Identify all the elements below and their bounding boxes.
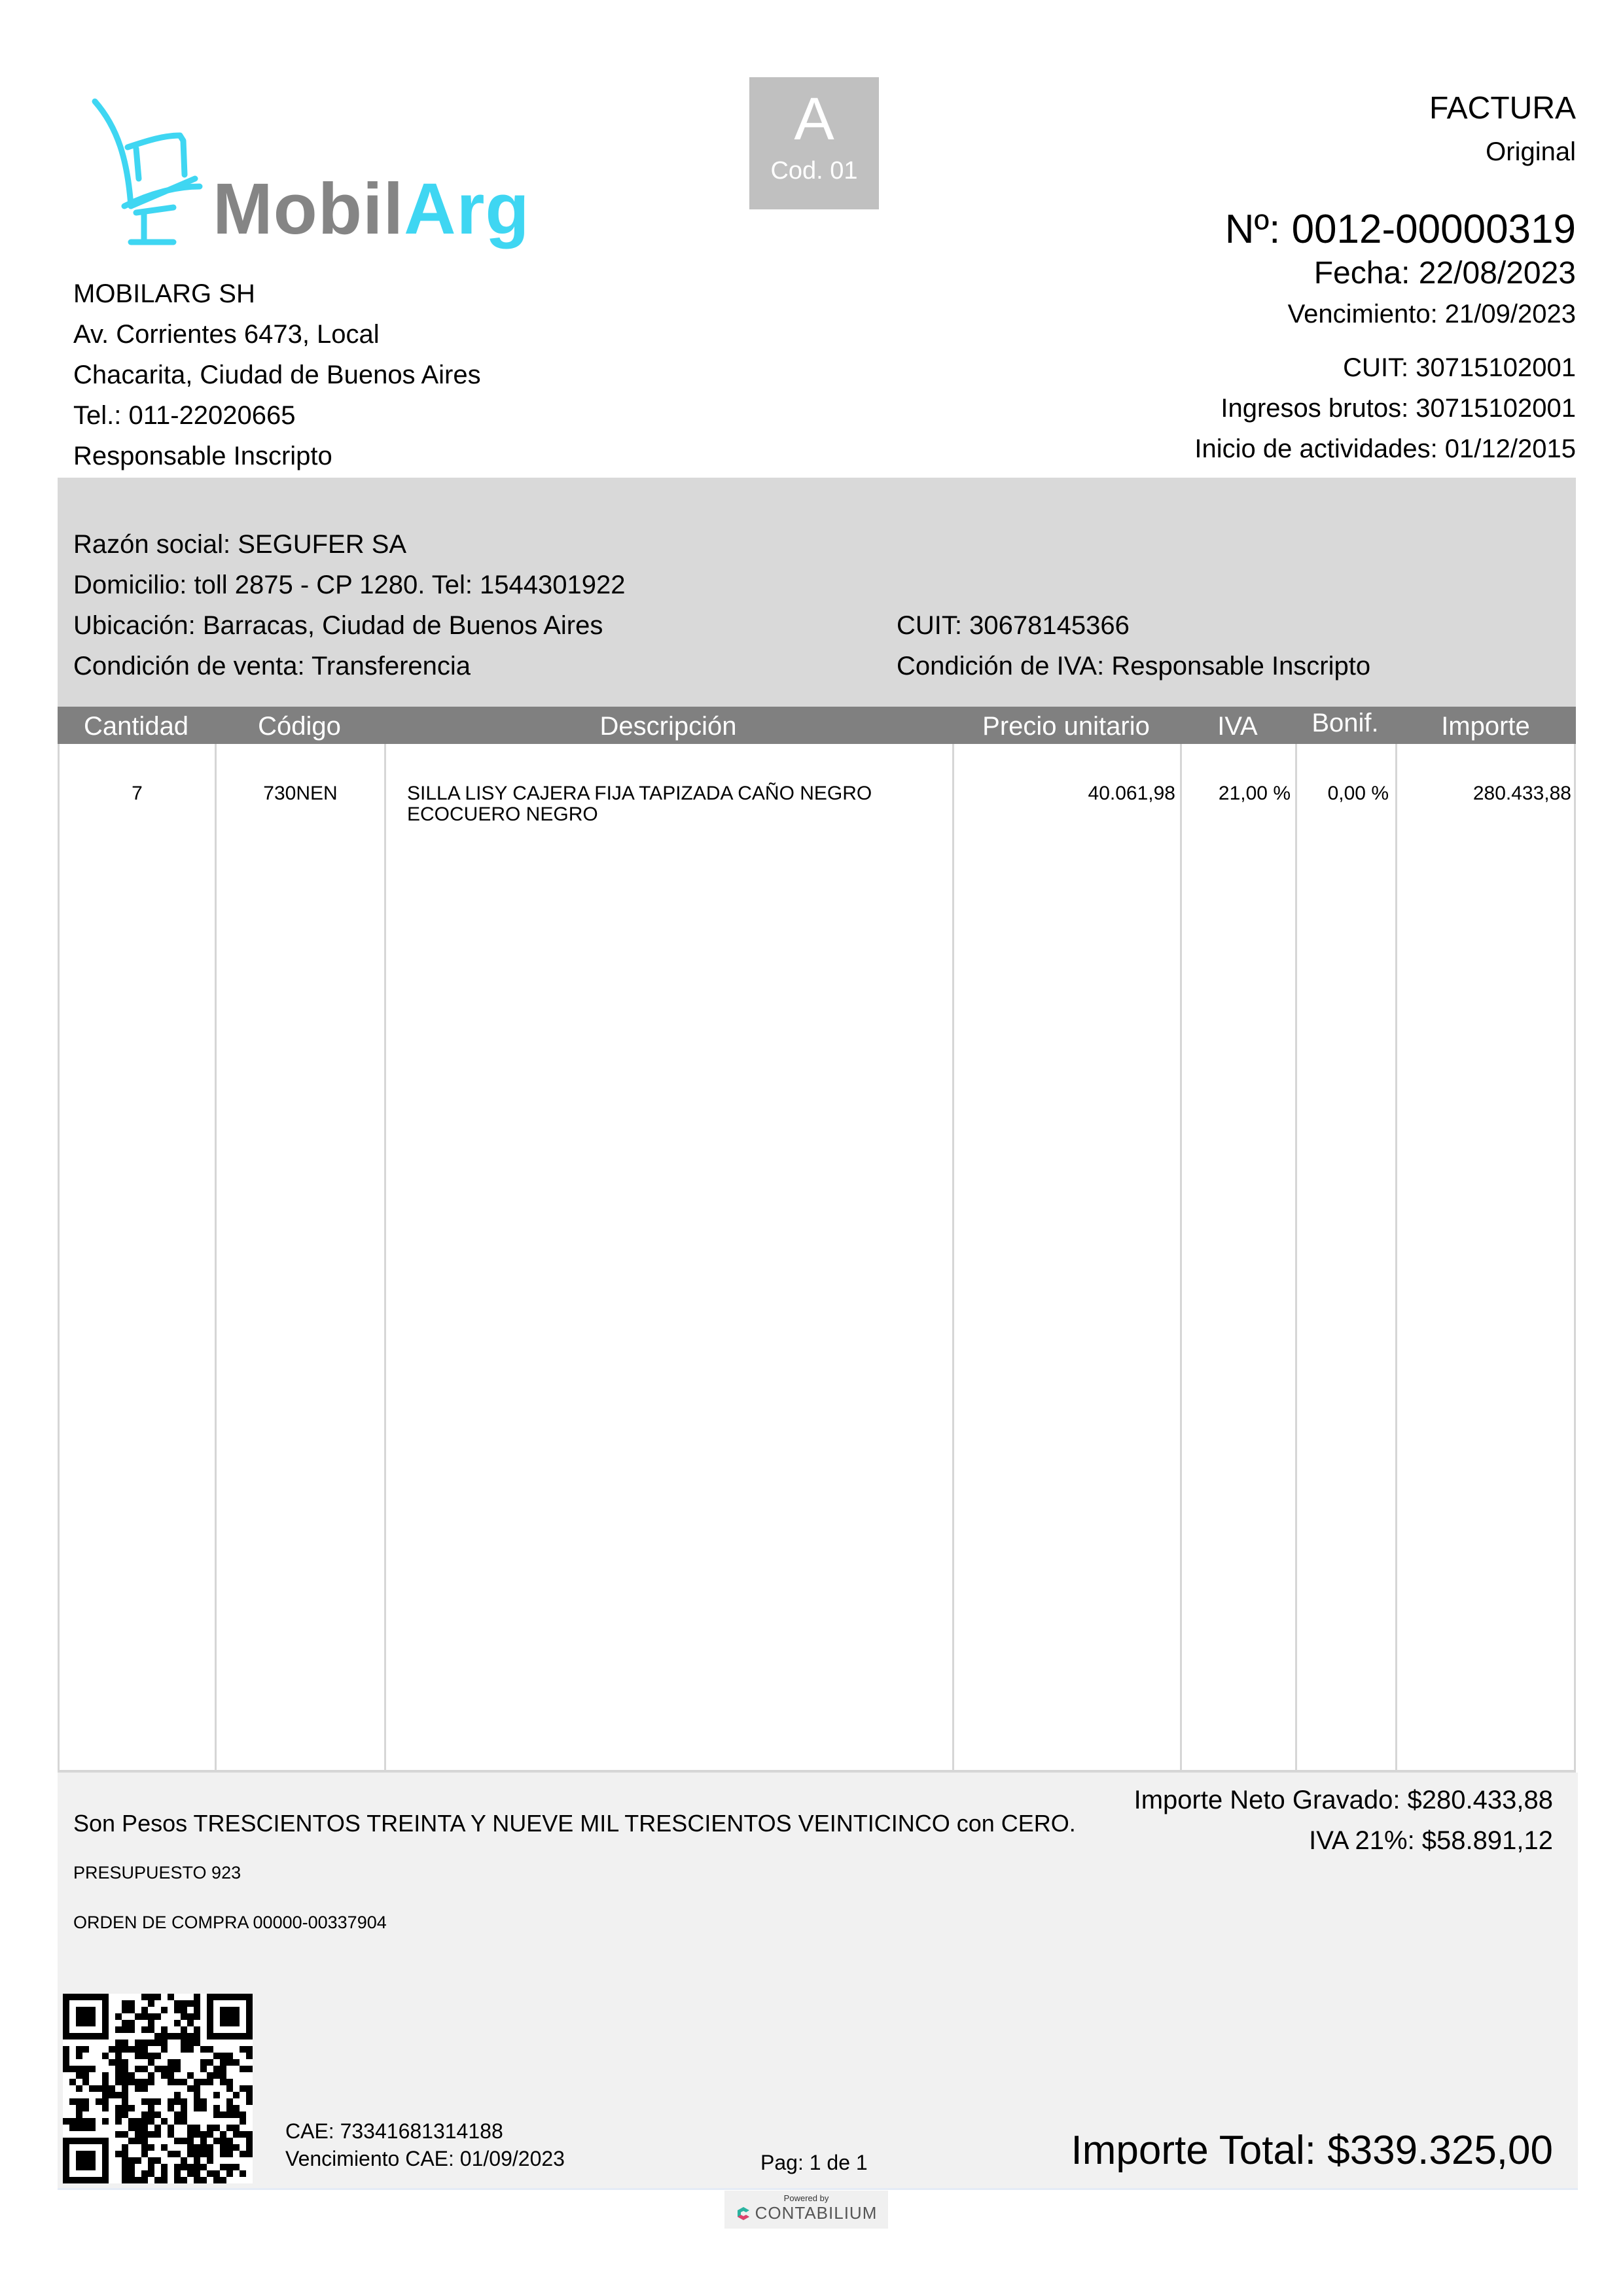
cell-bonif: 0,00 %: [1297, 783, 1389, 804]
column-divider: [952, 744, 954, 1770]
company-logo: MobilArg: [92, 95, 576, 245]
gross-income: Ingresos brutos: 30715102001: [1221, 394, 1576, 423]
document-copy: Original: [1486, 137, 1576, 167]
invoice-type-box: A Cod. 01: [749, 77, 879, 209]
invoice-code: Cod. 01: [749, 158, 879, 183]
amount-in-words: Son Pesos TRESCIENTOS TREINTA Y NUEVE MI…: [73, 1812, 1094, 1835]
column-divider: [1295, 744, 1297, 1770]
column-header-descripcion: Descripción: [384, 707, 952, 744]
issuer-phone: Tel.: 011-22020665: [73, 395, 481, 436]
invoice-letter: A: [749, 89, 879, 149]
client-iva-condition: Condición de IVA: Responsable Inscripto: [897, 652, 1370, 681]
column-header-precio: Precio unitario: [952, 707, 1180, 744]
page-number: Pag: 1 de 1: [760, 2151, 868, 2175]
cell-iva: 21,00 %: [1182, 783, 1291, 804]
contabilium-logo-icon: [736, 2206, 751, 2221]
cell-codigo: 730NEN: [217, 783, 384, 804]
client-location: Ubicación: Barracas, Ciudad de Buenos Ai…: [73, 611, 603, 641]
powered-by-brand: CONTABILIUM: [736, 2203, 878, 2223]
invoice-date: Fecha: 22/08/2023: [1314, 255, 1576, 291]
issuer-address: Av. Corrientes 6473, Local: [73, 314, 481, 355]
purchase-order: ORDEN DE COMPRA 00000-00337904: [73, 1913, 387, 1933]
issuer-tax-condition: Responsable Inscripto: [73, 436, 481, 476]
cae-due-date: Vencimiento CAE: 01/09/2023: [285, 2147, 565, 2171]
qr-code-icon: [63, 1994, 253, 2183]
column-divider: [1180, 744, 1182, 1770]
column-header-importe: Importe: [1395, 707, 1576, 744]
column-header-iva: IVA: [1180, 707, 1295, 744]
description-line: SILLA LISY CAJERA FIJA TAPIZADA CAÑO NEG…: [407, 783, 950, 804]
column-header-codigo: Código: [215, 707, 384, 744]
column-divider: [215, 744, 217, 1770]
document-type: FACTURA: [1429, 90, 1576, 126]
invoice-number: Nº: 0012-00000319: [1225, 206, 1576, 253]
issuer-name: MOBILARG SH: [73, 274, 481, 314]
client-business-name: Razón social: SEGUFER SA: [73, 530, 406, 559]
column-divider: [384, 744, 386, 1770]
issuer-cuit: CUIT: 30715102001: [1343, 353, 1576, 383]
column-header-bonif: Bonif.: [1295, 707, 1395, 744]
due-date: Vencimiento: 21/09/2023: [1288, 300, 1576, 329]
description-line: ECOCUERO NEGRO: [407, 804, 950, 825]
issuer-info: MOBILARG SH Av. Corrientes 6473, Local C…: [73, 274, 481, 476]
client-panel: Razón social: SEGUFER SA Domicilio: toll…: [58, 478, 1576, 707]
powered-by-label: Powered by: [724, 2193, 888, 2203]
iva-amount: IVA 21%: $58.891,12: [1309, 1826, 1553, 1856]
table-header: Cantidad Código Descripción Precio unita…: [58, 707, 1576, 744]
total-amount: Importe Total: $339.325,00: [1071, 2127, 1554, 2174]
cell-precio-unitario: 40.061,98: [954, 783, 1175, 804]
cell-cantidad: 7: [60, 783, 215, 804]
client-cuit: CUIT: 30678145366: [897, 611, 1130, 641]
issuer-city: Chacarita, Ciudad de Buenos Aires: [73, 355, 481, 395]
column-header-cantidad: Cantidad: [58, 707, 215, 744]
budget-reference: PRESUPUESTO 923: [73, 1863, 241, 1883]
activity-start: Inicio de actividades: 01/12/2015: [1194, 434, 1576, 464]
items-table: 7 730NEN SILLA LISY CAJERA FIJA TAPIZADA…: [58, 744, 1576, 1773]
client-sale-condition: Condición de venta: Transferencia: [73, 652, 471, 681]
cae-number: CAE: 73341681314188: [285, 2119, 503, 2144]
net-taxed-amount: Importe Neto Gravado: $280.433,88: [1134, 1786, 1553, 1815]
cell-importe: 280.433,88: [1397, 783, 1571, 804]
cell-descripcion: SILLA LISY CAJERA FIJA TAPIZADA CAÑO NEG…: [407, 783, 950, 825]
brand-name: CONTABILIUM: [755, 2203, 878, 2223]
client-address: Domicilio: toll 2875 - CP 1280. Tel: 154…: [73, 571, 626, 600]
powered-by-badge: Powered by CONTABILIUM: [724, 2191, 888, 2229]
column-divider: [1395, 744, 1397, 1770]
invoice-footer: Son Pesos TRESCIENTOS TREINTA Y NUEVE MI…: [58, 1773, 1578, 2190]
logo-wordmark: MobilArg: [213, 173, 530, 245]
